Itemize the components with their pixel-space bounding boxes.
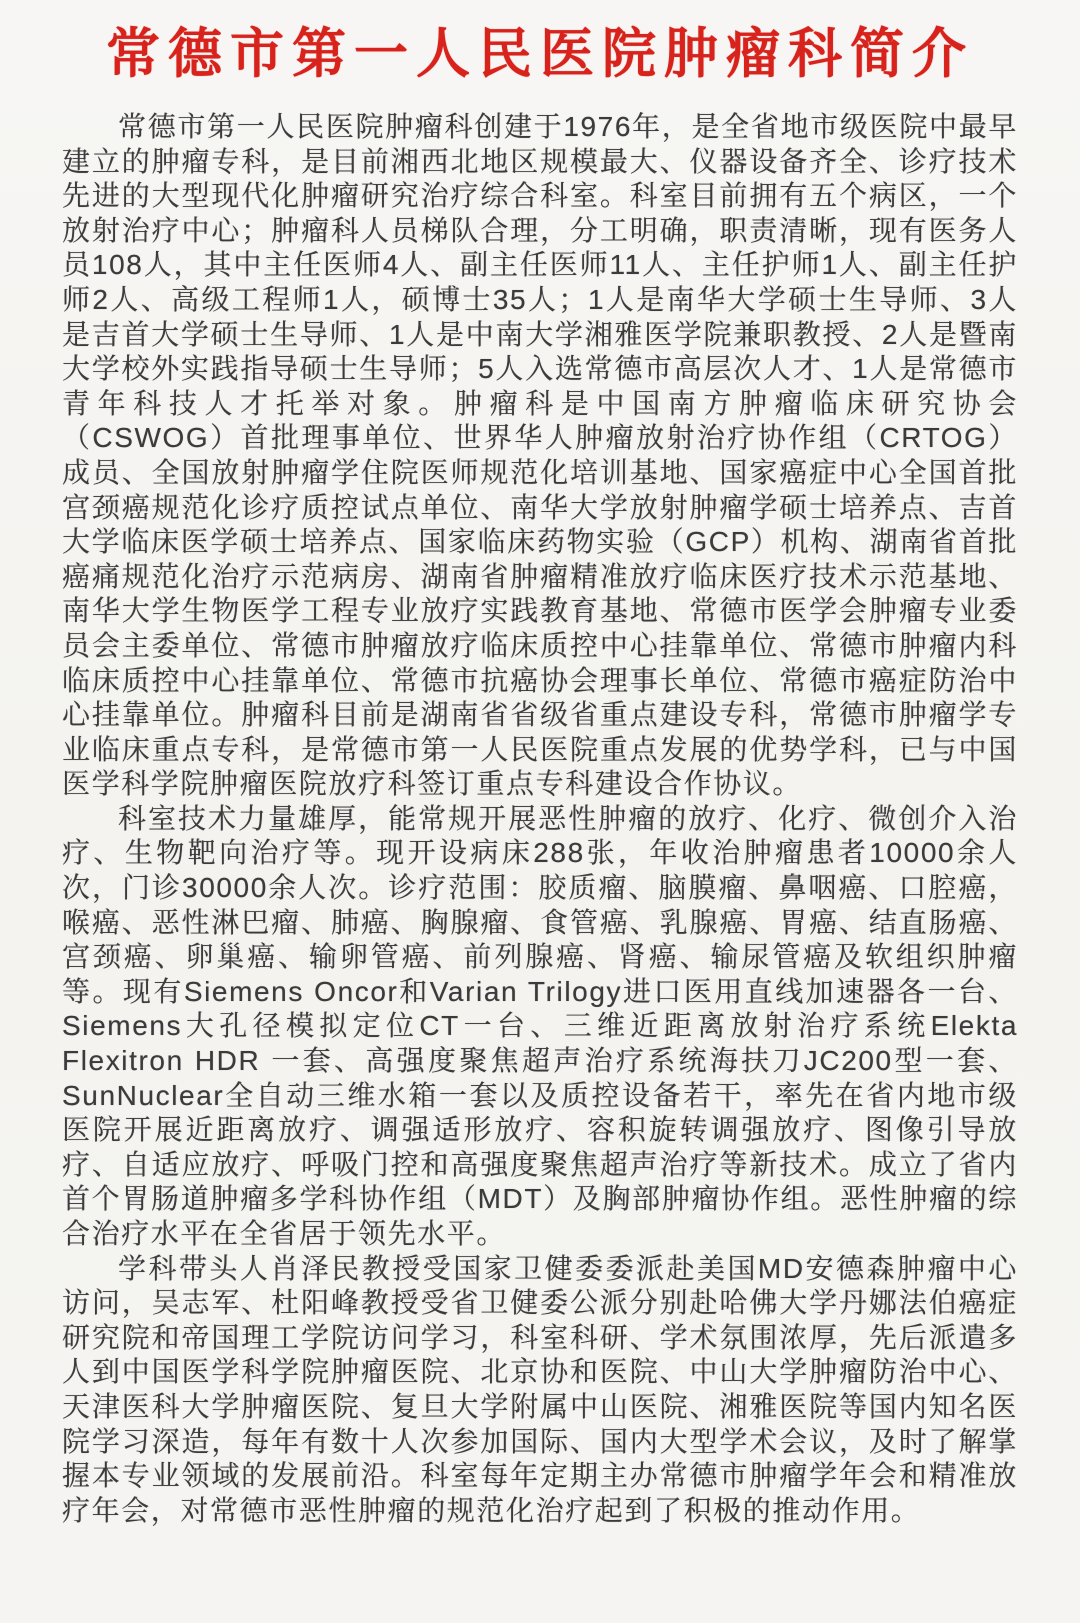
document-body: 常德市第一人民医院肿瘤科创建于1976年，是全省地市级医院中最早建立的肿瘤专科，…	[62, 110, 1018, 1528]
document-page: 常德市第一人民医院肿瘤科简介 常德市第一人民医院肿瘤科创建于1976年，是全省地…	[0, 0, 1080, 1623]
document-title: 常德市第一人民医院肿瘤科简介	[62, 24, 1018, 84]
paragraph-technology: 科室技术力量雄厚，能常规开展恶性肿瘤的放疗、化疗、微创介入治疗、生物靶向治疗等。…	[62, 802, 1018, 1252]
paragraph-academics: 学科带头人肖泽民教授受国家卫健委委派赴美国MD安德森肿瘤中心访问，吴志军、杜阳峰…	[62, 1252, 1018, 1529]
paragraph-overview: 常德市第一人民医院肿瘤科创建于1976年，是全省地市级医院中最早建立的肿瘤专科，…	[62, 110, 1018, 802]
